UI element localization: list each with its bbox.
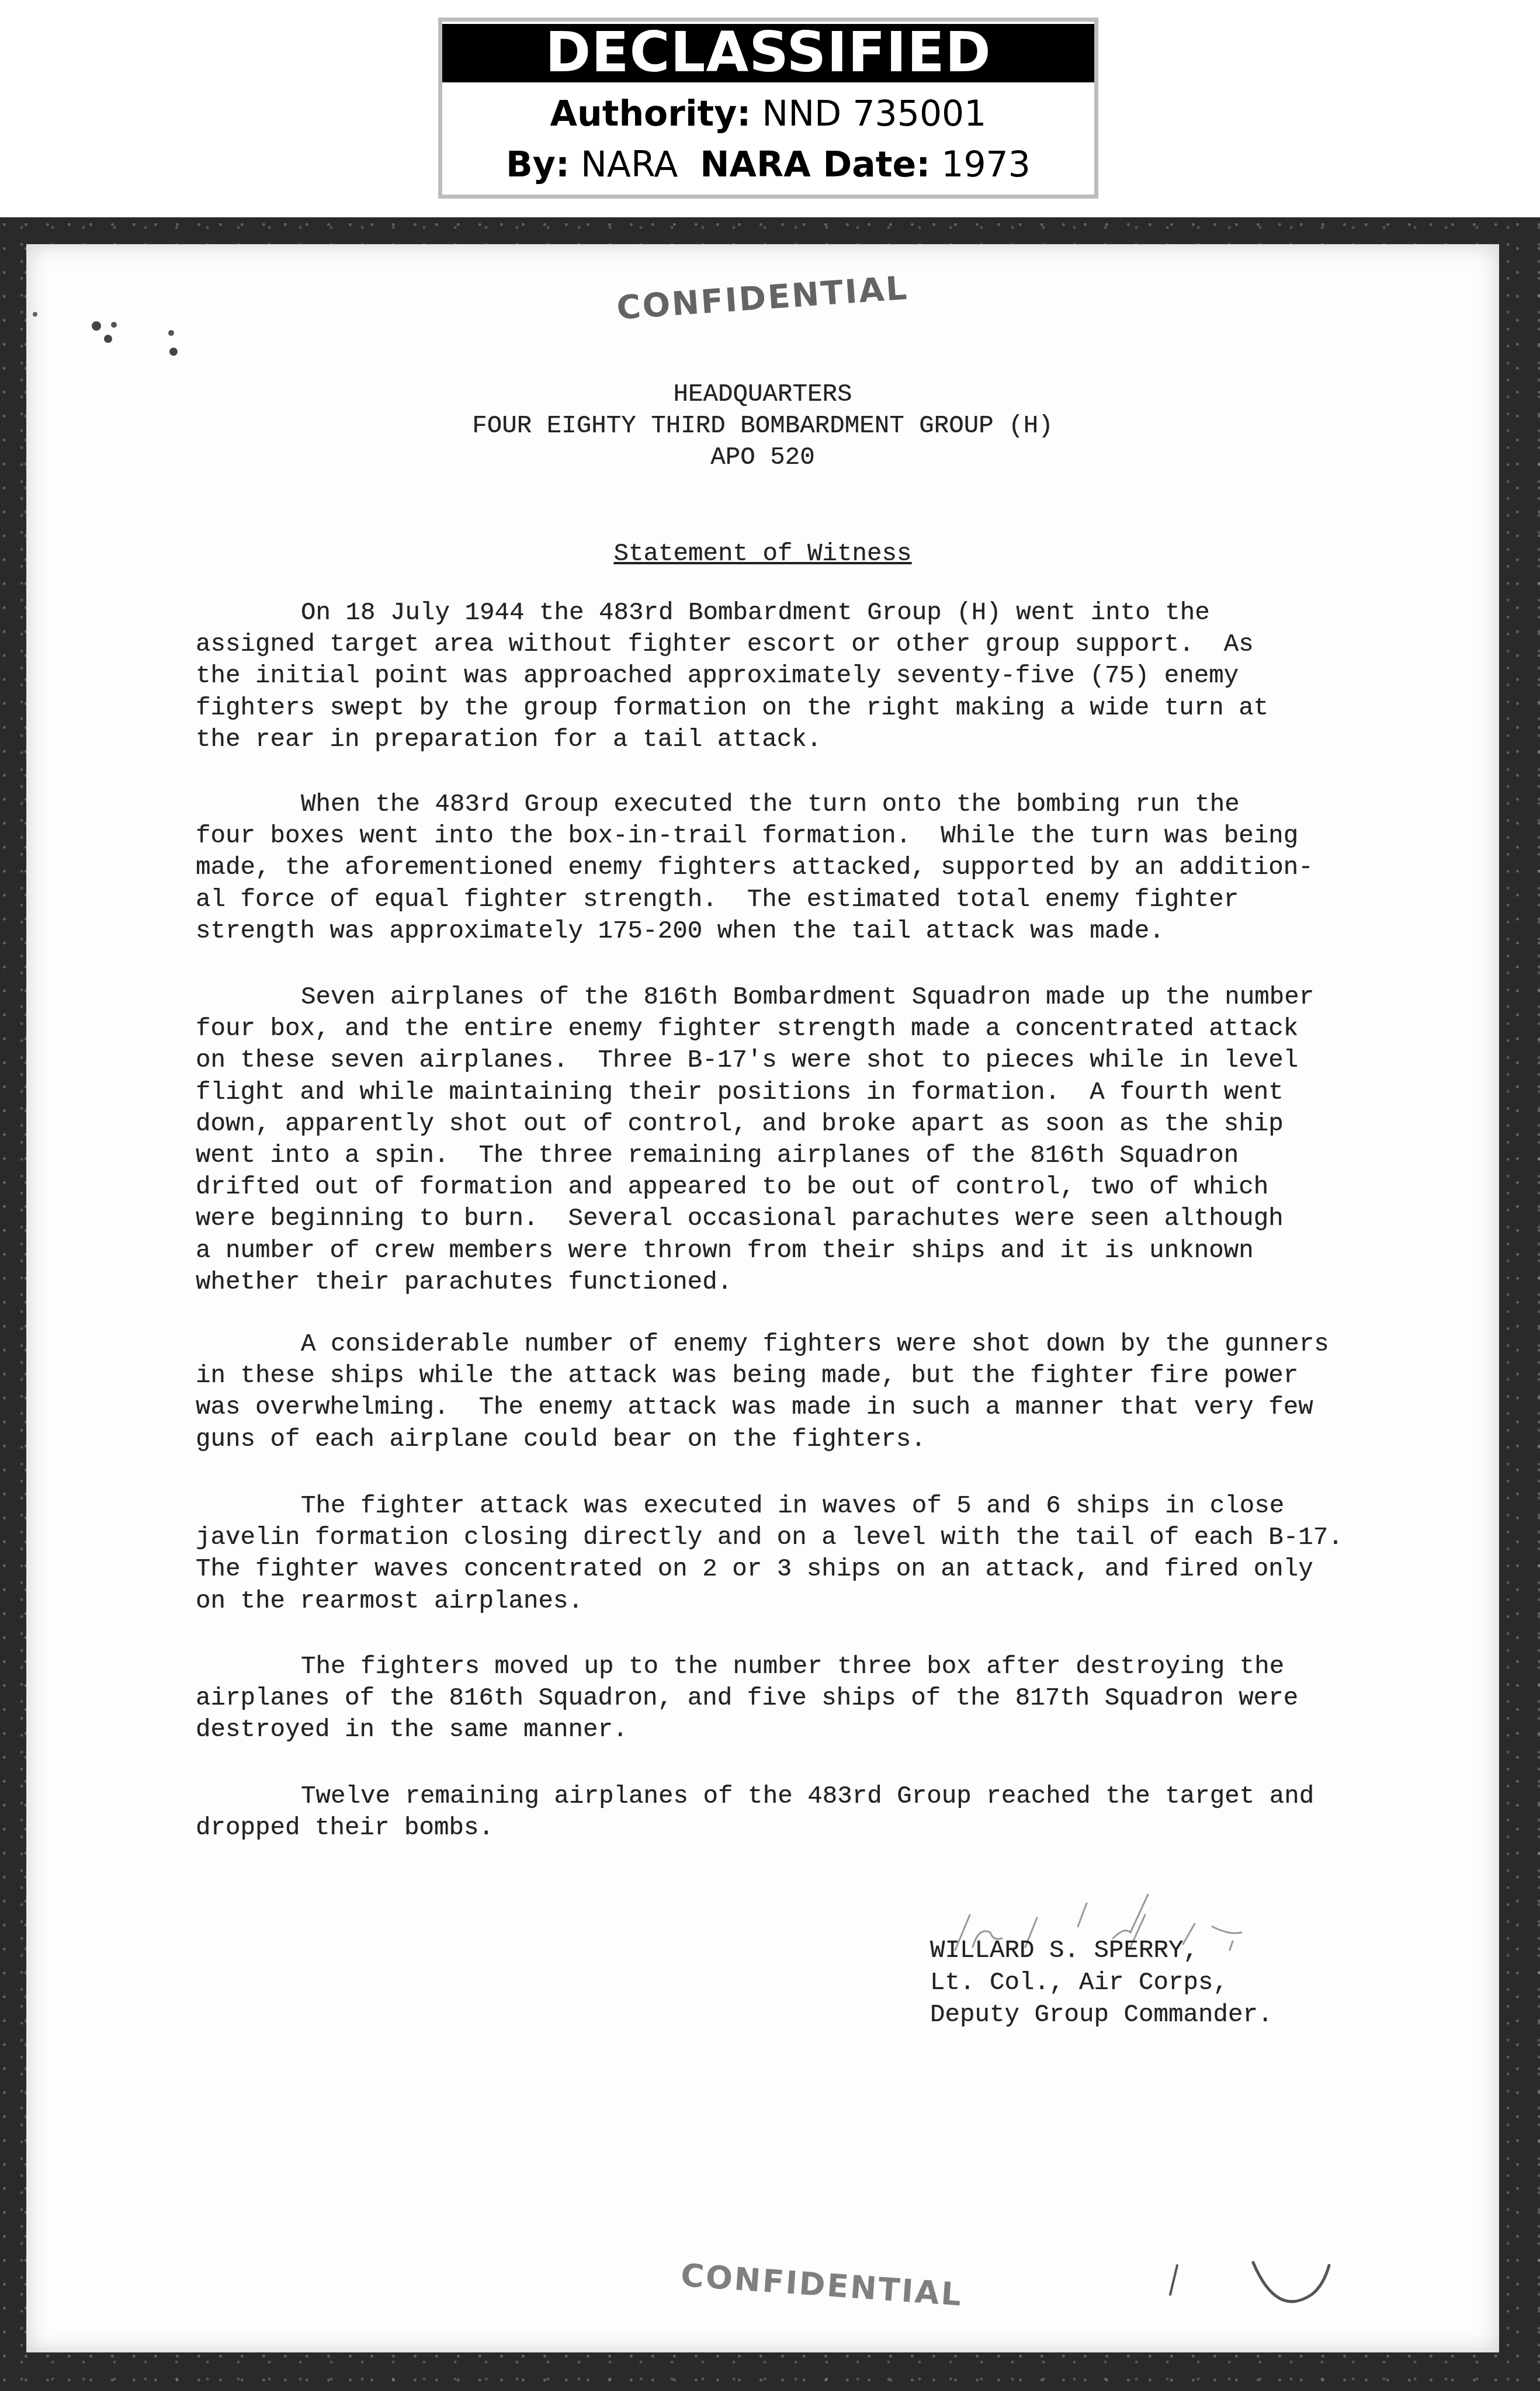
signature-block: WILLARD S. SPERRY, Lt. Col., Air Corps, …	[930, 1935, 1273, 2031]
confidential-stamp-top: CONFIDENTIAL	[615, 269, 910, 328]
declassified-stamp: DECLASSIFIED Authority: NND 735001 By: N…	[438, 18, 1098, 199]
text-line: destroyed in the same manner.	[196, 1714, 1423, 1745]
text-line: On 18 July 1944 the 483rd Bombardment Gr…	[196, 597, 1423, 629]
by-label: By:	[506, 144, 570, 185]
paragraph-2: When the 483rd Group executed the turn o…	[196, 789, 1423, 947]
scan-frame: CONFIDENTIAL HEADQUARTERS FOUR EIGHTY TH…	[0, 217, 1540, 2391]
text-line: whether their parachutes functioned.	[196, 1266, 1423, 1298]
paragraph-1: On 18 July 1944 the 483rd Bombardment Gr…	[196, 597, 1423, 755]
document-page: CONFIDENTIAL HEADQUARTERS FOUR EIGHTY TH…	[26, 244, 1499, 2352]
header-line-apo: APO 520	[26, 442, 1499, 473]
paragraph-3: Seven airplanes of the 816th Bombardment…	[196, 981, 1423, 1298]
text-line: a number of crew members were thrown fro…	[196, 1235, 1423, 1266]
text-line: The fighter attack was executed in waves…	[196, 1490, 1423, 1522]
text-line: The fighter waves concentrated on 2 or 3…	[196, 1553, 1423, 1585]
text-line: the rear in preparation for a tail attac…	[196, 724, 1423, 755]
text-line: The fighters moved up to the number thre…	[196, 1651, 1423, 1682]
text-line: in these ships while the attack was bein…	[196, 1360, 1423, 1391]
signer-name: WILLARD S. SPERRY,	[930, 1935, 1273, 1967]
paragraph-5: The fighter attack was executed in waves…	[196, 1490, 1423, 1617]
nara-date-label: NARA Date:	[700, 144, 930, 185]
signer-rank: Lt. Col., Air Corps,	[930, 1967, 1273, 1999]
text-line: javelin formation closing directly and o…	[196, 1522, 1423, 1553]
confidential-stamp-bottom: CONFIDENTIAL	[679, 2257, 964, 2313]
text-line: made, the aforementioned enemy fighters …	[196, 852, 1423, 883]
signer-position: Deputy Group Commander.	[930, 1999, 1273, 2031]
text-line: four box, and the entire enemy fighter s…	[196, 1013, 1423, 1044]
nara-date-value: 1973	[941, 144, 1031, 185]
text-line: airplanes of the 816th Squadron, and fiv…	[196, 1682, 1423, 1714]
authority-value: NND 735001	[762, 93, 986, 134]
document-title-text: Statement of Witness	[613, 540, 911, 568]
text-line: al force of equal fighter strength. The …	[196, 884, 1423, 915]
paragraph-7: Twelve remaining airplanes of the 483rd …	[196, 1781, 1423, 1844]
text-line: was overwhelming. The enemy attack was m…	[196, 1391, 1423, 1423]
document-title: Statement of Witness	[26, 538, 1499, 570]
declassified-title: DECLASSIFIED	[442, 24, 1094, 82]
text-line: on these seven airplanes. Three B-17's w…	[196, 1044, 1423, 1076]
header-line-group: FOUR EIGHTY THIRD BOMBARDMENT GROUP (H)	[26, 410, 1499, 442]
text-line: guns of each airplane could bear on the …	[196, 1424, 1423, 1455]
text-line: drifted out of formation and appeared to…	[196, 1171, 1423, 1203]
by-value: NARA	[581, 144, 678, 185]
text-line: flight and while maintaining their posit…	[196, 1077, 1423, 1108]
pencil-marks	[1166, 2254, 1411, 2324]
text-line: A considerable number of enemy fighters …	[196, 1328, 1423, 1360]
paragraph-6: The fighters moved up to the number thre…	[196, 1651, 1423, 1746]
text-line: Seven airplanes of the 816th Bombardment…	[196, 981, 1423, 1013]
text-line: strength was approximately 175-200 when …	[196, 915, 1423, 947]
text-line: dropped their bombs.	[196, 1812, 1423, 1844]
paragraph-4: A considerable number of enemy fighters …	[196, 1328, 1423, 1455]
by-date-row: By: NARA NARA Date: 1973	[442, 141, 1094, 188]
header-line-headquarters: HEADQUARTERS	[26, 379, 1499, 410]
text-line: were beginning to burn. Several occasion…	[196, 1203, 1423, 1234]
text-line: fighters swept by the group formation on…	[196, 692, 1423, 724]
text-line: When the 483rd Group executed the turn o…	[196, 789, 1423, 820]
text-line: the initial point was approached approxi…	[196, 660, 1423, 692]
authority-row: Authority: NND 735001	[442, 91, 1094, 137]
text-line: on the rearmost airplanes.	[196, 1585, 1423, 1617]
authority-label: Authority:	[550, 93, 751, 134]
text-line: assigned target area without fighter esc…	[196, 629, 1423, 660]
ink-smudges	[26, 244, 318, 361]
text-line: four boxes went into the box-in-trail fo…	[196, 820, 1423, 852]
text-line: went into a spin. The three remaining ai…	[196, 1140, 1423, 1171]
text-line: down, apparently shot out of control, an…	[196, 1108, 1423, 1140]
text-line: Twelve remaining airplanes of the 483rd …	[196, 1781, 1423, 1812]
